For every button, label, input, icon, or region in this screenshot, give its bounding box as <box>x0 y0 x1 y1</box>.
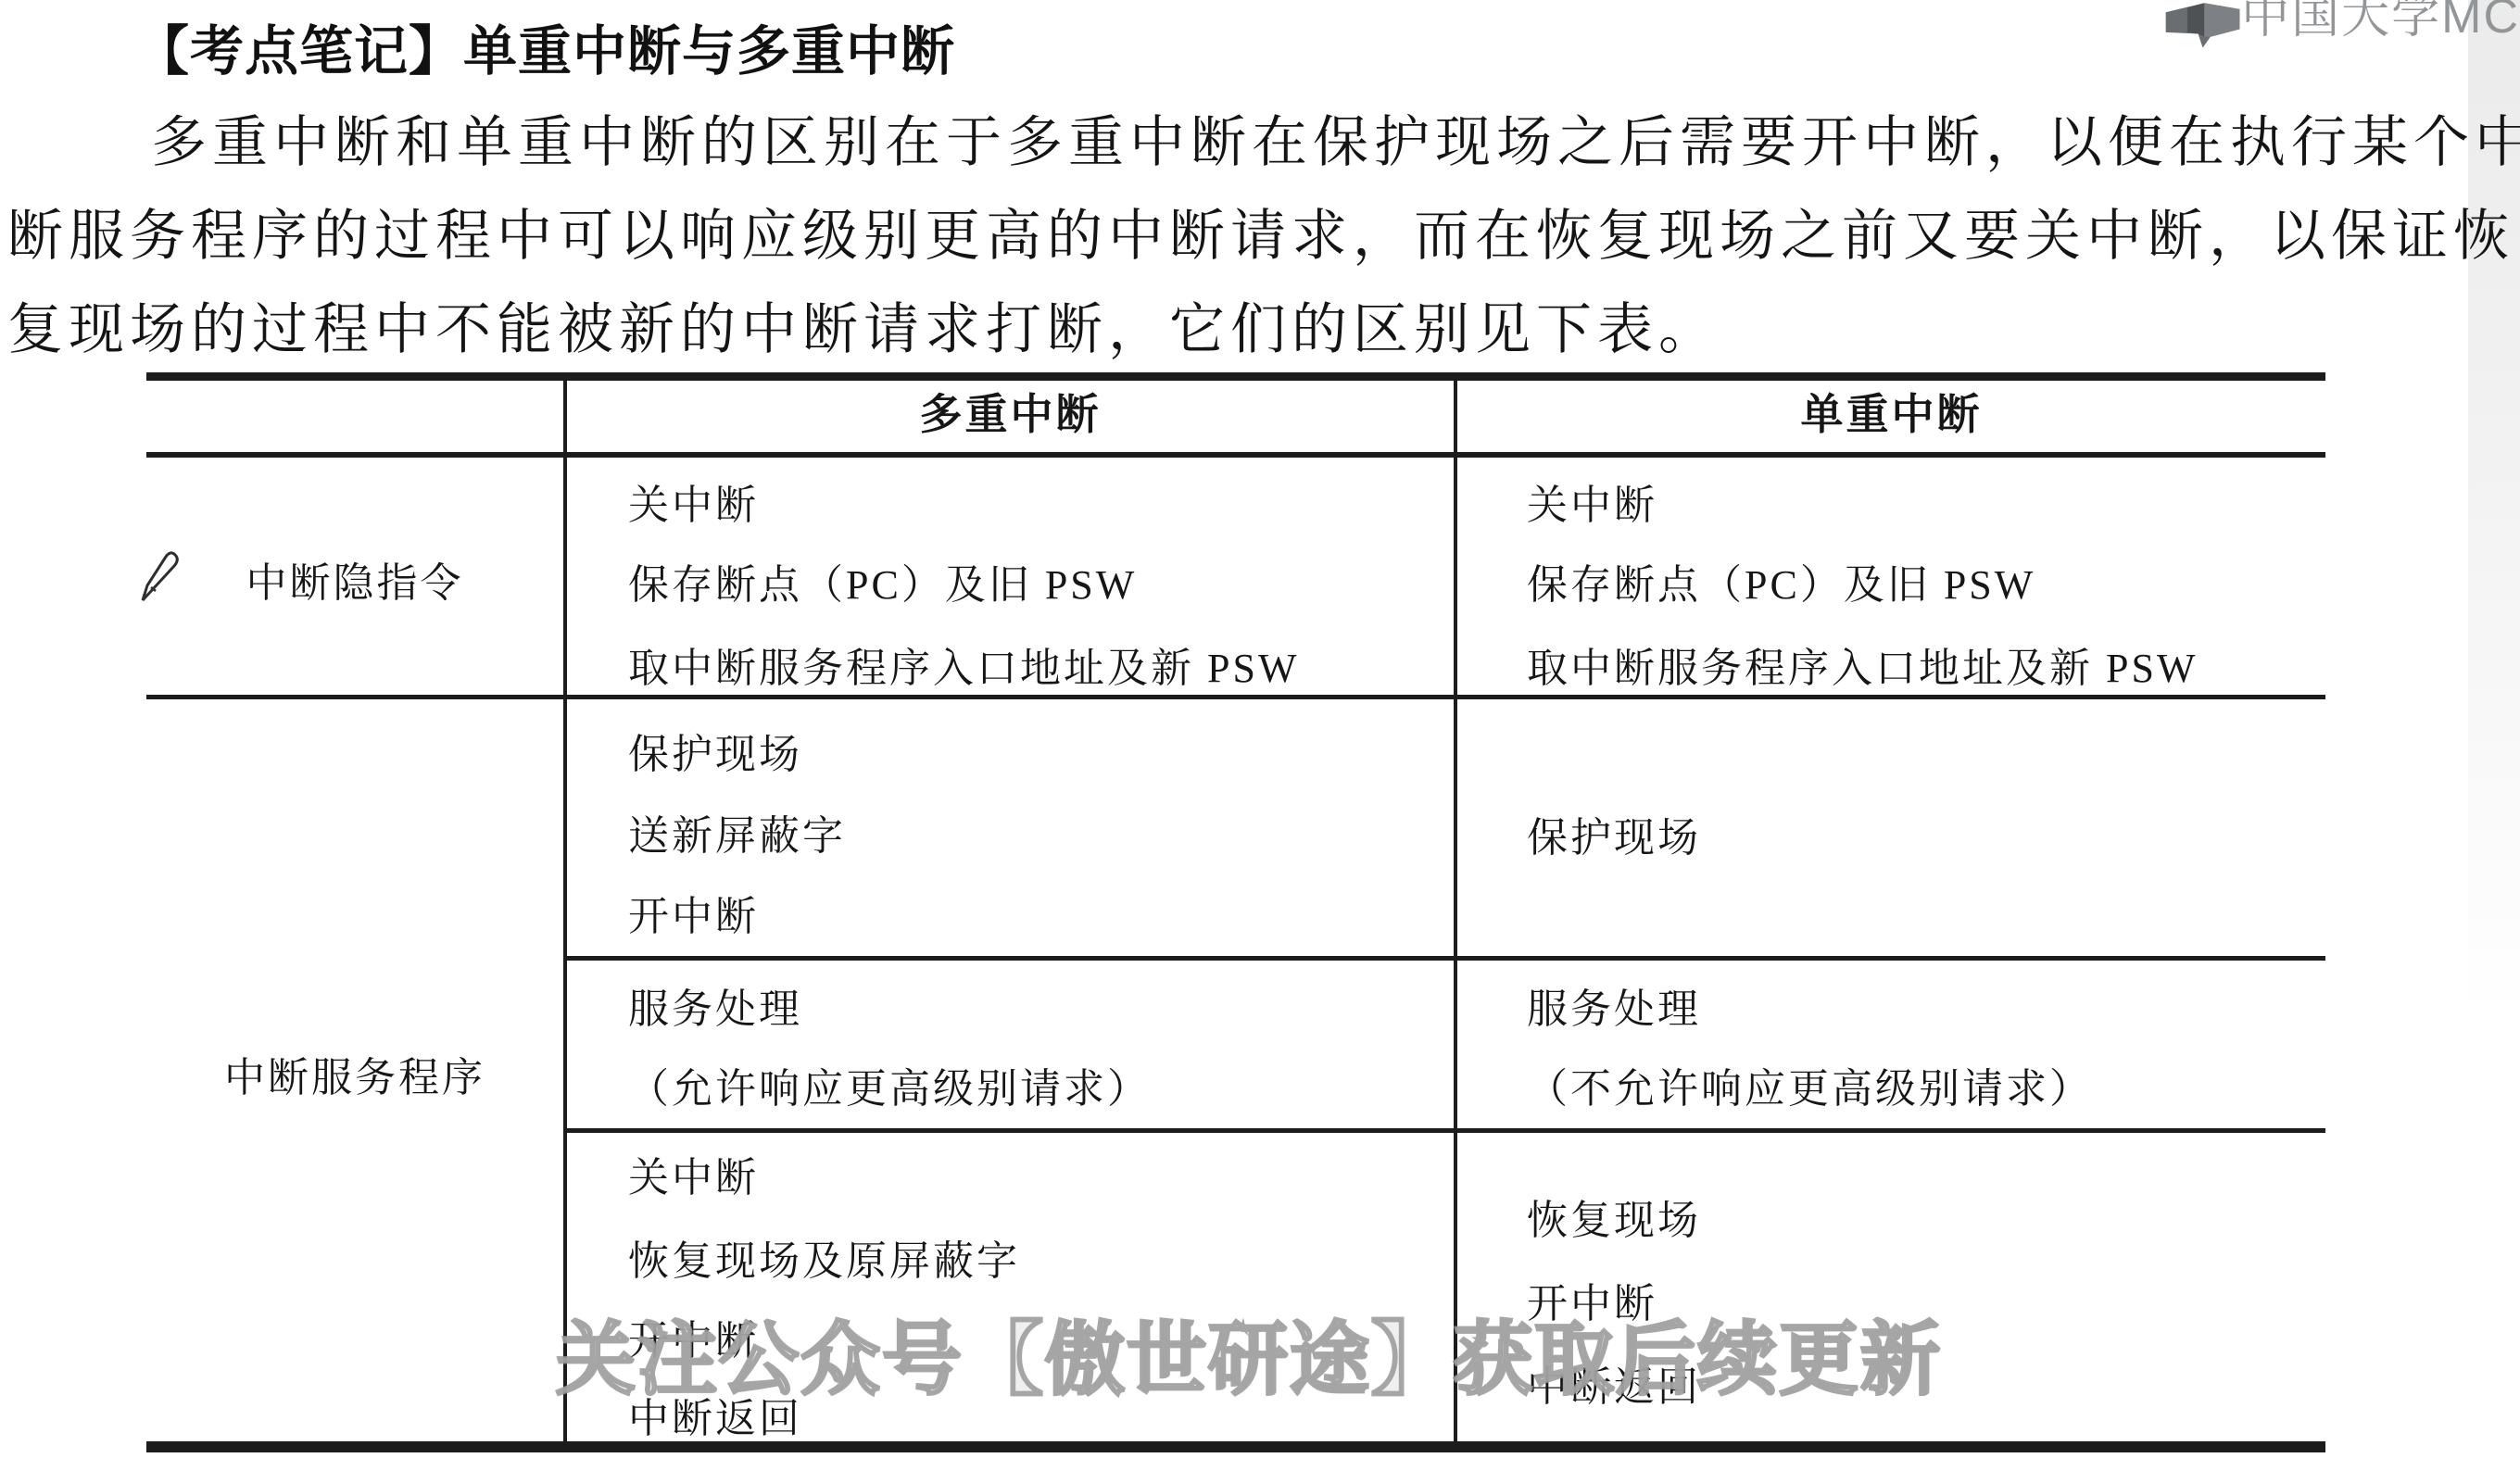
table-cell-line: 保存断点（PC）及旧 PSW <box>1527 558 2035 613</box>
table-cell-line: 取中断服务程序入口地址及新 PSW <box>1527 641 2198 697</box>
mooc-logo-text: 中国大学MC <box>2241 0 2520 46</box>
table-cell-line: （允许响应更高级别请求） <box>628 1062 1151 1117</box>
paragraph-line: 复现场的过程中不能被新的中断请求打断，它们的区别见下表。 <box>7 283 2472 377</box>
table-bottom-rule <box>146 1441 2325 1452</box>
table-column-divider <box>1454 372 1457 1452</box>
table-cell-line: 保护现场 <box>628 727 802 783</box>
table-cell-line: （不允许响应更高级别请求） <box>1527 1062 2093 1117</box>
table-cell-line: 取中断服务程序入口地址及新 PSW <box>628 641 1299 697</box>
table-subrow-rule <box>563 956 2325 961</box>
table-subrow-rule <box>563 1128 2325 1133</box>
table-cell-line: 关中断 <box>628 478 759 534</box>
table-cell-line: 开中断 <box>628 889 759 945</box>
paragraph-line: 断服务程序的过程中可以响应级别更高的中断请求，而在恢复现场之前又要关中断，以保证… <box>7 190 2472 283</box>
mooc-logo: 中国大学MC <box>2164 0 2520 54</box>
table-cell-line: 送新屏蔽字 <box>628 809 846 864</box>
document-page: 中国大学MC 【考点笔记】单重中断与多重中断 多重中断和单重中断的区别在于多重中… <box>0 0 2520 1458</box>
paragraph-line: 多重中断和单重中断的区别在于多重中断在保护现场之后需要开中断，以便在执行某个中 <box>7 96 2472 190</box>
table-cell-line: 恢复现场及原屏蔽字 <box>628 1234 1020 1289</box>
page-title: 【考点笔记】单重中断与多重中断 <box>135 7 955 85</box>
watermark-text: 关注公众号【傲世研途】获取后续更新 <box>556 1295 1942 1410</box>
table-cell-line: 服务处理 <box>1527 982 1701 1037</box>
row-label: 中断服务程序 <box>146 1050 563 1106</box>
table-cell-line: 恢复现场 <box>1527 1193 1701 1249</box>
table-column-divider <box>563 372 567 1452</box>
table-cell-line: 服务处理 <box>628 982 802 1037</box>
table-cell-line: 保护现场 <box>1527 811 1701 866</box>
table-cell-line: 关中断 <box>628 1150 759 1206</box>
column-header-multi: 多重中断 <box>567 387 1454 443</box>
table-top-rule <box>146 372 2325 381</box>
table-header-rule <box>146 452 2325 458</box>
table-cell-line: 保存断点（PC）及旧 PSW <box>628 558 1137 613</box>
row-label: 中断隐指令 <box>146 556 563 611</box>
table-cell-line: 关中断 <box>1527 478 1657 534</box>
intro-paragraph: 多重中断和单重中断的区别在于多重中断在保护现场之后需要开中断，以便在执行某个中 … <box>7 96 2472 377</box>
column-header-single: 单重中断 <box>1457 387 2325 443</box>
mooc-logo-icon <box>2164 0 2241 54</box>
